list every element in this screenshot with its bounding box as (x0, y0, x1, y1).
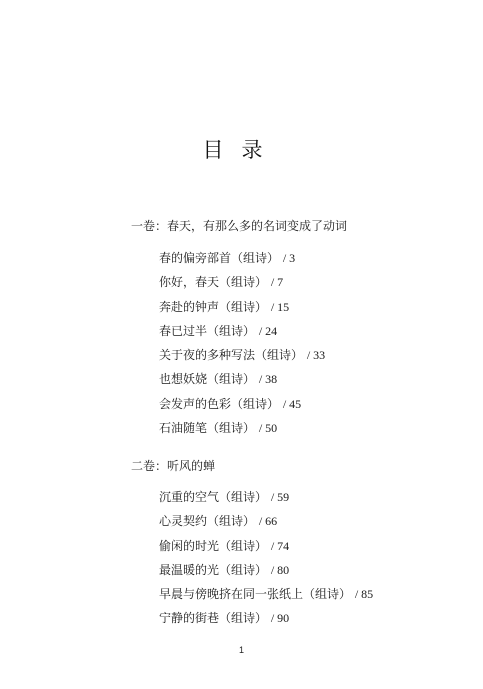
entry-page: / 3 (283, 251, 295, 265)
entry-page: / 80 (271, 563, 289, 577)
entry-page: / 38 (259, 372, 277, 386)
page-number: 1 (0, 645, 483, 655)
toc-entry[interactable]: 早晨与傍晚挤在同一张纸上（组诗） / 85 (159, 582, 373, 606)
entry-page: / 45 (283, 397, 301, 411)
toc-entry[interactable]: 春的偏旁部首（组诗） / 3 (159, 246, 325, 270)
toc-entry[interactable]: 关于夜的多种写法（组诗） / 33 (159, 343, 325, 367)
entry-title: 最温暖的光（组诗） (159, 563, 267, 577)
volume-1-entries: 春的偏旁部首（组诗） / 3 你好，春天（组诗） / 7 奔赴的钟声（组诗） /… (159, 246, 325, 440)
toc-entry[interactable]: 心灵契约（组诗） / 66 (159, 509, 373, 533)
entry-page: / 66 (259, 514, 277, 528)
page-title: 目录 (0, 134, 483, 164)
entry-page: / 85 (355, 587, 373, 601)
toc-entry[interactable]: 宁静的街巷（组诗） / 90 (159, 606, 373, 630)
entry-title: 早晨与傍晚挤在同一张纸上（组诗） (159, 587, 351, 601)
toc-entry[interactable]: 最温暖的光（组诗） / 80 (159, 558, 373, 582)
entry-page: / 33 (307, 348, 325, 362)
toc-entry[interactable]: 石油随笔（组诗） / 50 (159, 416, 325, 440)
entry-page: / 74 (271, 539, 289, 553)
entry-page: / 50 (259, 421, 277, 435)
entry-page: / 24 (259, 324, 277, 338)
entry-title: 心灵契约（组诗） (159, 514, 255, 528)
entry-title: 沉重的空气（组诗） (159, 490, 267, 504)
toc-entry[interactable]: 沉重的空气（组诗） / 59 (159, 485, 373, 509)
entry-page: / 90 (271, 611, 289, 625)
toc-entry[interactable]: 会发声的色彩（组诗） / 45 (159, 392, 325, 416)
entry-page: / 59 (271, 490, 289, 504)
entry-title: 石油随笔（组诗） (159, 421, 255, 435)
entry-title: 春已过半（组诗） (159, 324, 255, 338)
toc-entry[interactable]: 偷闲的时光（组诗） / 74 (159, 534, 373, 558)
toc-entry[interactable]: 你好，春天（组诗） / 7 (159, 270, 325, 294)
volume-2-heading: 二卷：听风的蝉 (131, 457, 215, 474)
toc-entry[interactable]: 春已过半（组诗） / 24 (159, 319, 325, 343)
entry-title: 关于夜的多种写法（组诗） (159, 348, 303, 362)
volume-2-entries: 沉重的空气（组诗） / 59 心灵契约（组诗） / 66 偷闲的时光（组诗） /… (159, 485, 373, 631)
entry-title: 奔赴的钟声（组诗） (159, 300, 267, 314)
entry-title: 会发声的色彩（组诗） (159, 397, 279, 411)
entry-page: / 7 (271, 275, 283, 289)
entry-title: 春的偏旁部首（组诗） (159, 251, 279, 265)
entry-title: 偷闲的时光（组诗） (159, 539, 267, 553)
entry-title: 你好，春天（组诗） (159, 275, 267, 289)
toc-entry[interactable]: 奔赴的钟声（组诗） / 15 (159, 295, 325, 319)
entry-page: / 15 (271, 300, 289, 314)
volume-1-heading: 一卷：春天，有那么多的名词变成了动词 (131, 217, 347, 234)
entry-title: 宁静的街巷（组诗） (159, 611, 267, 625)
toc-entry[interactable]: 也想妖娆（组诗） / 38 (159, 367, 325, 391)
entry-title: 也想妖娆（组诗） (159, 372, 255, 386)
